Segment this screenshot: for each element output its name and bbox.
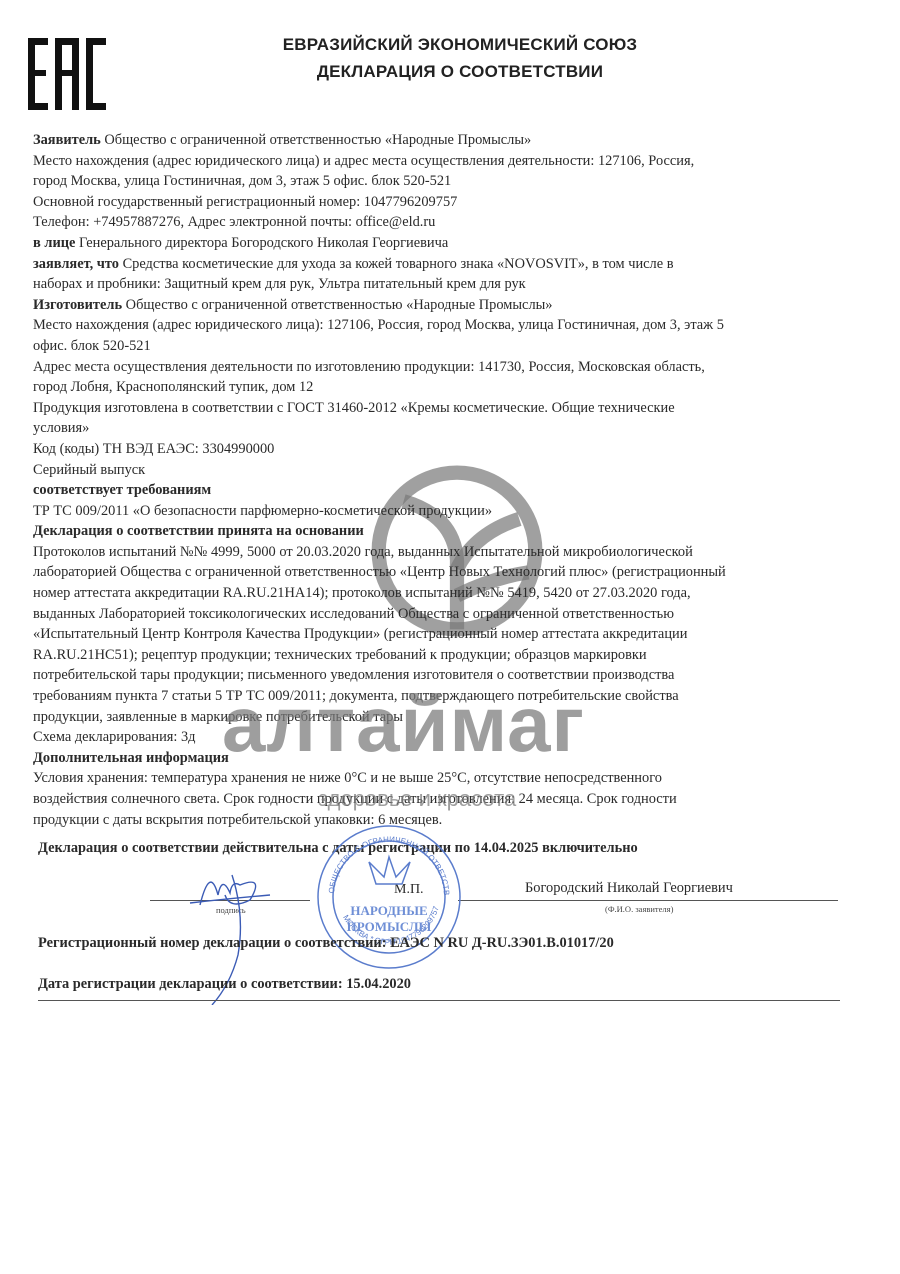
eac-logo-icon: [28, 38, 108, 110]
declares-products: наборах и пробники: Защитный крем для ру…: [33, 274, 873, 295]
production-address-2: город Лобня, Краснополянский тупик, дом …: [33, 377, 873, 398]
watermark-tagline: здоровье и красота: [318, 786, 516, 812]
svg-text:НАРОДНЫЕ: НАРОДНЫЕ: [350, 903, 427, 918]
svg-text:ПРОМЫСЛЫ: ПРОМЫСЛЫ: [347, 919, 432, 934]
basis-label: Декларация о соответствии принята на осн…: [33, 521, 873, 542]
registration-date: Дата регистрации декларации о соответств…: [38, 976, 411, 993]
union-title: ЕВРАЗИЙСКИЙ ЭКОНОМИЧЕСКИЙ СОЮЗ: [180, 35, 740, 55]
manufacturer-address-1: Место нахождения (адрес юридического лиц…: [33, 315, 873, 336]
requirements-text: ТР ТС 009/2011 «О безопасности парфюмерн…: [33, 501, 873, 522]
requirements-label: соответствует требованиям: [33, 480, 873, 501]
applicant-ogrn: Основной государственный регистрационный…: [33, 192, 873, 213]
basis-line: Протоколов испытаний №№ 4999, 5000 от 20…: [33, 542, 873, 563]
signer-name: Богородский Николай Георгиевич: [525, 880, 733, 897]
document-title: ДЕКЛАРАЦИЯ О СООТВЕТСТВИИ: [180, 62, 740, 82]
applicant-person: в лице Генерального директора Богородско…: [33, 233, 873, 254]
standard-2: условия»: [33, 418, 873, 439]
tnved-code: Код (коды) ТН ВЭД ЕАЭС: 3304990000: [33, 439, 873, 460]
watermark-brand: алтаймаг: [222, 684, 585, 764]
applicant-contacts: Телефон: +74957887276, Адрес электронной…: [33, 212, 873, 233]
standard-1: Продукция изготовлена в соответствии с Г…: [33, 398, 873, 419]
basis-line: «Испытательный Центр Контроля Качества П…: [33, 624, 873, 645]
bottom-rule: [38, 1000, 840, 1001]
registration-number: Регистрационный номер декларации о соотв…: [38, 935, 614, 952]
manufacturer-address-2: офис. блок 520-521: [33, 336, 873, 357]
series-type: Серийный выпуск: [33, 460, 873, 481]
applicant-address-2: город Москва, улица Гостиничная, дом 3, …: [33, 171, 873, 192]
basis-line: RA.RU.21HC51); рецептур продукции; техни…: [33, 645, 873, 666]
manufacturer-line: Изготовитель Общество с ограниченной отв…: [33, 295, 873, 316]
declares-line: заявляет, что Средства косметические для…: [33, 254, 873, 275]
applicant-label: Заявитель: [33, 132, 101, 148]
basis-line: номер аттестата аккредитации RA.RU.21HA1…: [33, 583, 873, 604]
basis-line: лабораторией Общества с ограниченной отв…: [33, 562, 873, 583]
name-line: [458, 900, 838, 901]
signer-caption: (Ф.И.О. заявителя): [605, 904, 673, 914]
production-address-1: Адрес места осуществления деятельности п…: [33, 357, 873, 378]
applicant-line: Заявитель Общество с ограниченной ответс…: [33, 130, 873, 151]
basis-line: выданных Лабораторией токсикологических …: [33, 604, 873, 625]
applicant-address-1: Место нахождения (адрес юридического лиц…: [33, 151, 873, 172]
